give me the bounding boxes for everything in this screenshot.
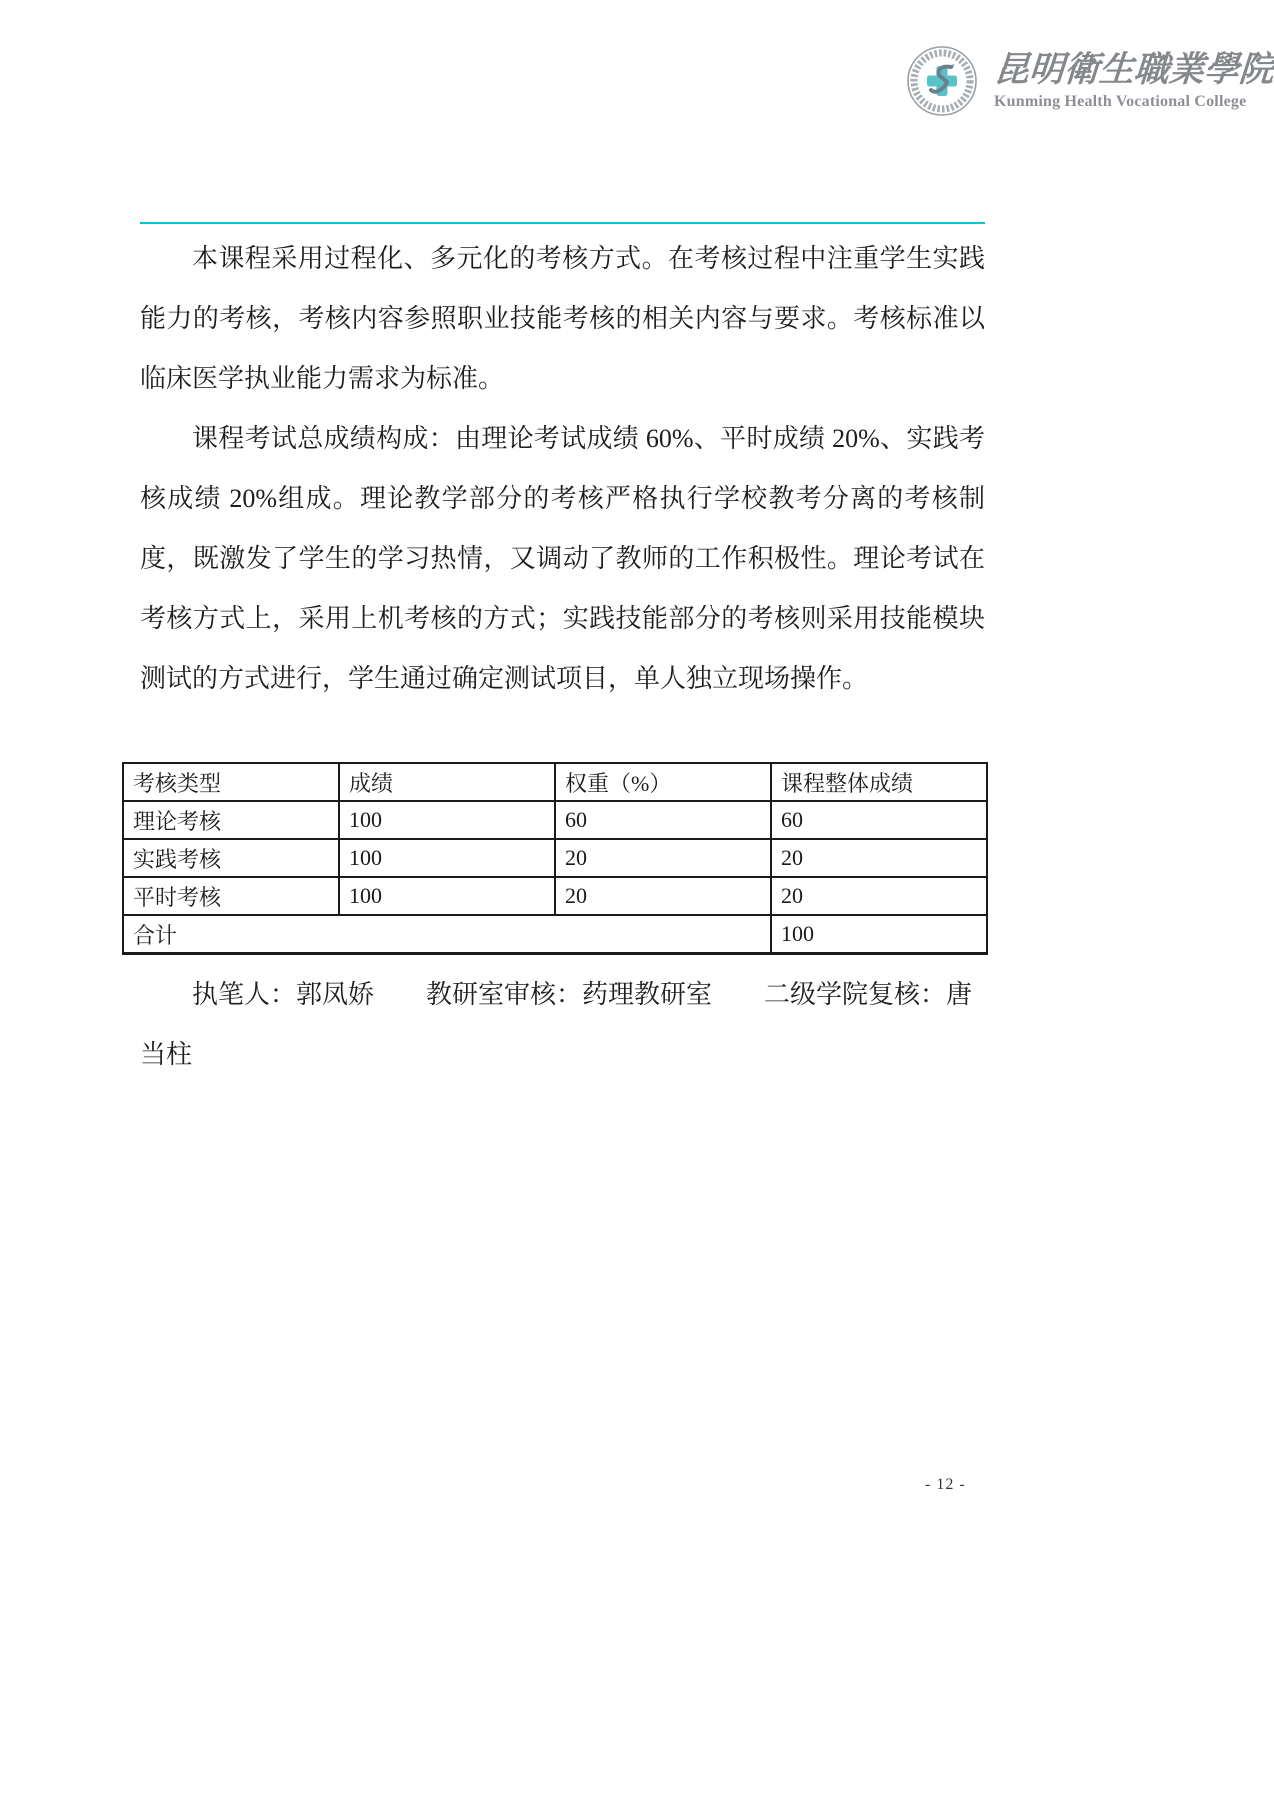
college-seal-svg [906,45,978,117]
signature-line: 执笔人：郭凤娇 教研室审核：药理教研室 二级学院复核：唐 [140,965,1000,1025]
signature-block: 执笔人：郭凤娇 教研室审核：药理教研室 二级学院复核：唐 当柱 [140,965,1000,1085]
table-row: 理论考核 100 60 60 [123,801,987,839]
body-line: 度，既激发了学生的学习热情，又调动了教师的工作积极性。理论考试在 [140,529,985,589]
signature-line: 当柱 [140,1025,1000,1085]
table-cell: 100 [339,801,555,839]
total-label-cell: 合计 [123,915,771,954]
table-cell: 100 [339,839,555,877]
header-divider-line [140,222,985,224]
table-header-row: 考核类型 成绩 权重（%） 课程整体成绩 [123,763,987,801]
header-cell: 课程整体成绩 [771,763,987,801]
table-row: 平时考核 100 20 20 [123,877,987,915]
table-cell: 理论考核 [123,801,339,839]
total-value-cell: 100 [771,915,987,954]
body-line: 考核方式上，采用上机考核的方式；实践技能部分的考核则采用技能模块 [140,589,985,649]
body-line: 能力的考核，考核内容参照职业技能考核的相关内容与要求。考核标准以 [140,289,985,349]
table-cell: 60 [555,801,771,839]
table-cell: 20 [555,839,771,877]
table-cell: 实践考核 [123,839,339,877]
table-cell: 平时考核 [123,877,339,915]
table-cell: 20 [555,877,771,915]
college-name-english: Kunming Health Vocational College [994,93,1272,111]
table-cell: 100 [339,877,555,915]
assessment-table: 考核类型 成绩 权重（%） 课程整体成绩 理论考核 100 60 60 实践考核… [122,762,988,955]
header-cell: 考核类型 [123,763,339,801]
table-total-row: 合计 100 [123,915,987,954]
document-page: 昆明衛生職業學院 Kunming Health Vocational Colle… [0,0,1274,1801]
body-line: 核成绩 20%组成。理论教学部分的考核严格执行学校教考分离的考核制 [140,469,985,529]
table-row: 实践考核 100 20 20 [123,839,987,877]
college-name-calligraphy: 昆明衛生職業學院 [993,50,1274,90]
table-cell: 60 [771,801,987,839]
body-line: 临床医学执业能力需求为标准。 [140,349,985,409]
body-line: 本课程采用过程化、多元化的考核方式。在考核过程中注重学生实践 [140,229,985,289]
body-line: 课程考试总成绩构成：由理论考试成绩 60%、平时成绩 20%、实践考 [140,409,985,469]
table-cell: 20 [771,839,987,877]
body-line: 测试的方式进行，学生通过确定测试项目，单人独立现场操作。 [140,649,985,709]
body-text: 本课程采用过程化、多元化的考核方式。在考核过程中注重学生实践 能力的考核，考核内… [140,229,985,709]
page-number: - 12 - [925,1476,966,1494]
college-seal-icon [906,45,978,117]
table-cell: 20 [771,877,987,915]
college-logo-text: 昆明衛生職業學院 Kunming Health Vocational Colle… [994,50,1272,111]
header-cell: 成绩 [339,763,555,801]
header-cell: 权重（%） [555,763,771,801]
